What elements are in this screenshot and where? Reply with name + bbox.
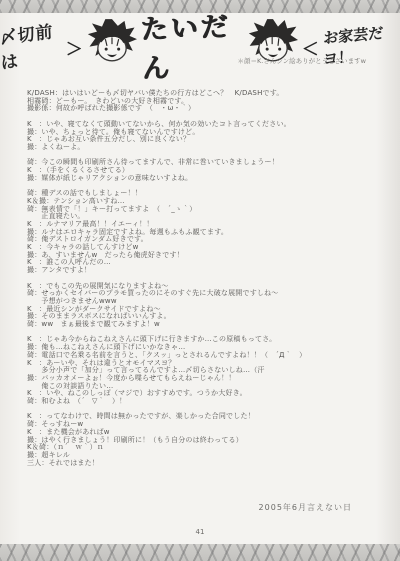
dialogue-line: 撮影係：何故か呼ばれた撮影係です （ ・ω・｀）: [27, 105, 382, 113]
dialogue-line: 撮：アンタですよ！: [27, 267, 382, 275]
handwritten-title: 〆切前は ＞ たいだん ＜ お家芸だ: [0, 16, 400, 74]
dialogue-line: 撮：媒体が紙じゃリアクションの意味ないすよね。: [27, 175, 382, 183]
dialogue-line: 撮：よくねーよ。: [27, 144, 382, 152]
chibi-face-icon: [87, 18, 137, 72]
header-credit-note: ＊顔＝K.さんシン絵ありがとうございますw: [238, 56, 366, 65]
arrow-right-glyph: ＞: [66, 35, 83, 60]
title-main-text: たいだん: [139, 4, 245, 86]
dialogue-line: 碕：ww まぁ最後まで観てみますよ！w: [27, 321, 382, 329]
dialogue-line: 碕：和むよね （´ ▽｀ ）！: [27, 398, 382, 406]
dialogue-text: K/DASH：はいはいどーも〆切ヤバい僕たちの行方はどこへ？ K/DASHです。…: [0, 82, 400, 467]
page-number: 41: [0, 528, 400, 536]
dialogue-line: K＆碕：（ｎ´ ｗ｀）ｎ: [27, 444, 382, 452]
date-text: 2005年6月言えない日: [259, 502, 352, 513]
title-left-text: 〆切前は: [0, 16, 63, 74]
page-header: 〆切前は ＞ たいだん ＜ お家芸だ: [0, 0, 400, 82]
decorative-border-bottom: [0, 544, 400, 561]
dialogue-line: 三人：それではまた！: [27, 460, 382, 468]
scanned-doujin-page: 〆切前は ＞ たいだん ＜ お家芸だ: [0, 0, 400, 561]
